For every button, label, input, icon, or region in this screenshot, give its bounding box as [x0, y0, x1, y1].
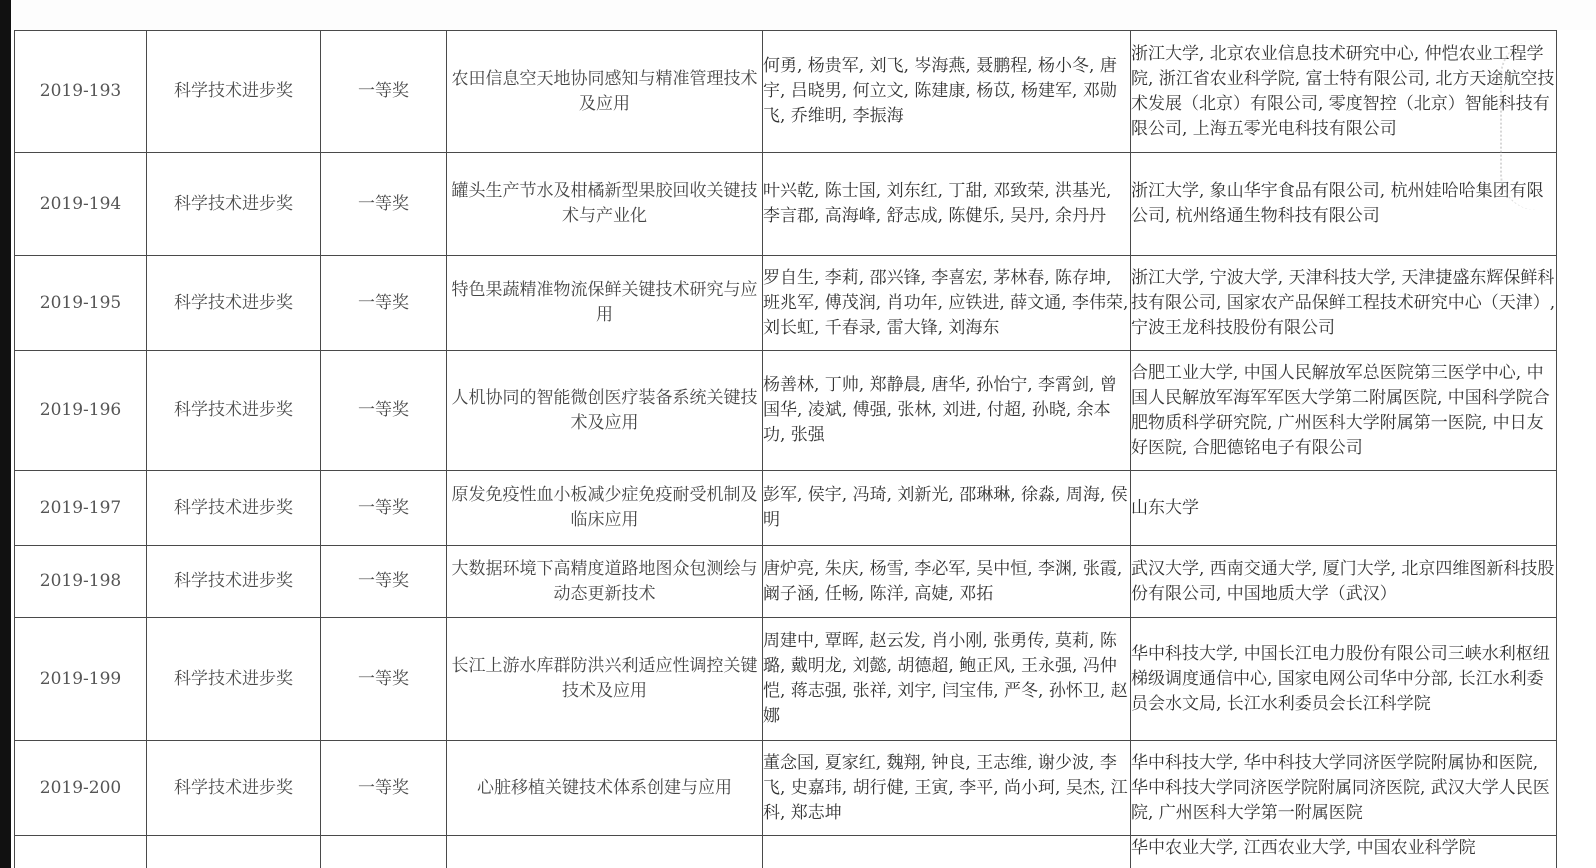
main-contributors: 董念国, 夏家红, 魏翔, 钟良, 王志维, 谢少波, 李飞, 史嘉玮, 胡行健…	[763, 741, 1131, 836]
project-title: 农田信息空天地协同感知与精准管理技术及应用	[447, 31, 763, 153]
table-row: 2019-199 科学技术进步奖 一等奖 长江上游水库群防洪兴利适应性调控关键技…	[15, 618, 1557, 741]
project-id: 2019-200	[15, 741, 147, 836]
award-type: 科学技术进步奖	[147, 618, 321, 741]
table-row: 2019-194 科学技术进步奖 一等奖 罐头生产节水及柑橘新型果胶回收关键技术…	[15, 153, 1557, 256]
main-contributors: 彭军, 侯宇, 冯琦, 刘新光, 邵琳琳, 徐淼, 周海, 侯明	[763, 471, 1131, 546]
project-title: 人机协同的智能微创医疗装备系统关键技术及应用	[447, 351, 763, 471]
main-contributors: 杨善林, 丁帅, 郑静晨, 唐华, 孙怡宁, 李霄剑, 曾国华, 凌斌, 傅强,…	[763, 351, 1131, 471]
award-type	[147, 836, 321, 868]
table-row: 2019-200 科学技术进步奖 一等奖 心脏移植关键技术体系创建与应用 董念国…	[15, 741, 1557, 836]
official-seal-stamp	[1500, 40, 1572, 210]
table-row: 2019-198 科学技术进步奖 一等奖 大数据环境下高精度道路地图众包测绘与动…	[15, 546, 1557, 618]
main-contributors: 唐炉亮, 朱庆, 杨雪, 李必军, 吴中恒, 李渊, 张霞, 阚子涵, 任畅, …	[763, 546, 1131, 618]
main-organizations: 武汉大学, 西南交通大学, 厦门大学, 北京四维图新科技股份有限公司, 中国地质…	[1131, 546, 1557, 618]
award-level: 一等奖	[321, 546, 447, 618]
project-id: 2019-197	[15, 471, 147, 546]
award-level: 一等奖	[321, 256, 447, 351]
main-organizations: 华中科技大学, 中国长江电力股份有限公司三峡水利枢纽梯级调度通信中心, 国家电网…	[1131, 618, 1557, 741]
award-level: 一等奖	[321, 741, 447, 836]
main-organizations: 浙江大学, 宁波大学, 天津科技大学, 天津捷盛东辉保鲜科技有限公司, 国家农产…	[1131, 256, 1557, 351]
main-organizations: 合肥工业大学, 中国人民解放军总医院第三医学中心, 中国人民解放军海军军医大学第…	[1131, 351, 1557, 471]
main-contributors	[763, 836, 1131, 868]
award-level: 一等奖	[321, 153, 447, 256]
table-row-partial: 华中农业大学, 江西农业大学, 中国农业科学院	[15, 836, 1557, 868]
award-level: 一等奖	[321, 351, 447, 471]
main-contributors: 何勇, 杨贵军, 刘飞, 岑海燕, 聂鹏程, 杨小冬, 唐宇, 吕晓男, 何立文…	[763, 31, 1131, 153]
project-id: 2019-196	[15, 351, 147, 471]
project-id: 2019-193	[15, 31, 147, 153]
project-id: 2019-199	[15, 618, 147, 741]
table-row: 2019-195 科学技术进步奖 一等奖 特色果蔬精准物流保鲜关键技术研究与应用…	[15, 256, 1557, 351]
project-title: 大数据环境下高精度道路地图众包测绘与动态更新技术	[447, 546, 763, 618]
main-contributors: 罗自生, 李莉, 邵兴锋, 李喜宏, 茅林春, 陈存坤, 班兆军, 傅茂润, 肖…	[763, 256, 1131, 351]
scan-left-edge	[0, 0, 11, 868]
main-organizations: 浙江大学, 北京农业信息技术研究中心, 仲恺农业工程学院, 浙江省农业科学院, …	[1131, 31, 1557, 153]
project-title: 心脏移植关键技术体系创建与应用	[447, 741, 763, 836]
main-organizations: 山东大学	[1131, 471, 1557, 546]
award-type: 科学技术进步奖	[147, 351, 321, 471]
award-level: 一等奖	[321, 618, 447, 741]
table-row: 2019-196 科学技术进步奖 一等奖 人机协同的智能微创医疗装备系统关键技术…	[15, 351, 1557, 471]
project-title: 原发免疫性血小板减少症免疫耐受机制及临床应用	[447, 471, 763, 546]
project-title	[447, 836, 763, 868]
project-id	[15, 836, 147, 868]
main-contributors: 周建中, 覃晖, 赵云发, 肖小刚, 张勇传, 莫莉, 陈璐, 戴明龙, 刘懿,…	[763, 618, 1131, 741]
award-type: 科学技术进步奖	[147, 741, 321, 836]
award-table: 2019-193 科学技术进步奖 一等奖 农田信息空天地协同感知与精准管理技术及…	[14, 30, 1557, 868]
award-type: 科学技术进步奖	[147, 153, 321, 256]
main-organizations: 华中科技大学, 华中科技大学同济医学院附属协和医院, 华中科技大学同济医学院附属…	[1131, 741, 1557, 836]
table-row: 2019-193 科学技术进步奖 一等奖 农田信息空天地协同感知与精准管理技术及…	[15, 31, 1557, 153]
project-id: 2019-198	[15, 546, 147, 618]
project-title: 长江上游水库群防洪兴利适应性调控关键技术及应用	[447, 618, 763, 741]
award-type: 科学技术进步奖	[147, 471, 321, 546]
award-level: 一等奖	[321, 471, 447, 546]
main-organizations: 华中农业大学, 江西农业大学, 中国农业科学院	[1131, 836, 1557, 868]
project-id: 2019-194	[15, 153, 147, 256]
main-contributors: 叶兴乾, 陈士国, 刘东红, 丁甜, 邓致荣, 洪基光, 李言郡, 高海峰, 舒…	[763, 153, 1131, 256]
award-level	[321, 836, 447, 868]
award-type: 科学技术进步奖	[147, 546, 321, 618]
award-type: 科学技术进步奖	[147, 256, 321, 351]
award-level: 一等奖	[321, 31, 447, 153]
main-organizations: 浙江大学, 象山华宇食品有限公司, 杭州娃哈哈集团有限公司, 杭州络通生物科技有…	[1131, 153, 1557, 256]
project-title: 特色果蔬精准物流保鲜关键技术研究与应用	[447, 256, 763, 351]
page-top-margin	[11, 0, 1596, 30]
project-title: 罐头生产节水及柑橘新型果胶回收关键技术与产业化	[447, 153, 763, 256]
award-type: 科学技术进步奖	[147, 31, 321, 153]
project-id: 2019-195	[15, 256, 147, 351]
table-row: 2019-197 科学技术进步奖 一等奖 原发免疫性血小板减少症免疫耐受机制及临…	[15, 471, 1557, 546]
